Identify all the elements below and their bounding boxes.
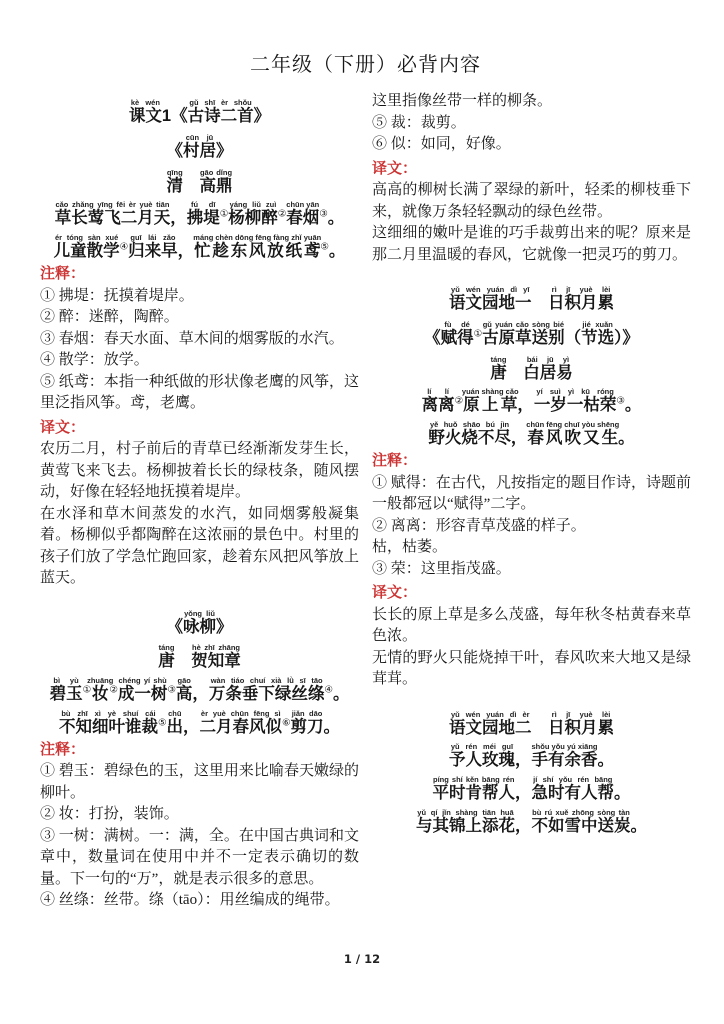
poem-line: 平时肯帮人píng shí kěn bāng rén，急时有人帮jí shí y… (372, 776, 691, 803)
section-heading: 课文kè wén1《古诗二首gǔ shī èr shǒu》 (40, 99, 359, 126)
pinyin-annotated-text: 妆zhuāng (91, 685, 109, 703)
section-heading: 语文园地二yǔ wén yuán dì èr 日积月累rì jī yuè lèi (372, 711, 691, 738)
footnote-marker: ① (220, 209, 229, 220)
pinyin-annotated-text: 平时肯帮人píng shí kěn bāng rén (433, 784, 516, 802)
note-paragraph: 这里指像丝带一样的柳条。 (372, 91, 691, 113)
pinyin-annotated-text: 古原草送别gǔ yuán cǎo sòng bié (482, 329, 565, 347)
pinyin-annotated-text: 古诗二首gǔ shī èr shǒu (188, 107, 254, 125)
note-paragraph: ③ 荣：这里指茂盛。 (372, 559, 691, 581)
pinyin-annotated-text: 剪刀jiǎn dāo (291, 718, 324, 736)
pinyin-annotated-text: 课文kè wén (129, 107, 162, 125)
section-heading: 唐táng 白居易bái jū yì (372, 356, 691, 383)
pinyin-annotated-text: 语文园地一yǔ wén yuán dì yī (449, 294, 532, 312)
section-heading: 《咏柳yǒng liǔ》 (40, 610, 359, 637)
pinyin-annotated-text: 成一树chéng yí shù (118, 685, 168, 703)
pinyin-annotated-text: 高鼎gāo dǐng (200, 177, 233, 195)
pinyin-annotated-text: 归来早guī lái zǎo (128, 242, 178, 260)
poem-line: 不知细叶谁裁bù zhī xì yè shuí cái⑤出chū，二月春风似èr… (40, 710, 359, 737)
right-column: 这里指像丝带一样的柳条。⑤ 裁：裁剪。⑥ 似：如同，好像。译文：高高的柳树长满了… (372, 91, 691, 839)
footnote-marker: ⑥ (282, 718, 291, 729)
footnote-marker: ⑤ (320, 242, 329, 253)
pinyin-annotated-text: 春风吹又生chūn fēng chuī yòu shēng (527, 429, 618, 447)
poem-line: 离离lí lí②原上草yuán shàng cǎo，一岁一枯荣yí suì yì… (372, 388, 691, 415)
pinyin-annotated-text: 原上草yuán shàng cǎo (463, 396, 517, 414)
note-paragraph: ⑤ 纸鸢：本指一种纸做的形状像老鹰的风筝，这里泛指风筝。鸢，老鹰。 (40, 372, 359, 415)
pinyin-annotated-text: 与其锦上添花yǔ qí jǐn shàng tiān huā (416, 817, 515, 835)
poem-line: 儿童散学ér tóng sàn xué④归来早guī lái zǎo，忙趁东风放… (40, 234, 359, 261)
section-label: 注释： (40, 740, 359, 762)
note-paragraph: 长长的原上草是多么茂盛，每年秋冬枯黄春来草色浓。 (372, 605, 691, 648)
footnote-marker: ④ (324, 685, 333, 696)
pinyin-annotated-text: 碧玉bì yù (50, 685, 83, 703)
pinyin-annotated-text: 一岁一枯荣yí suì yì kū róng (534, 396, 617, 414)
pinyin-annotated-text: 不如雪中送炭bù rú xuě zhōng sòng tàn (532, 817, 631, 835)
footnote-marker: ⑤ (158, 718, 167, 729)
left-column: 课文kè wén1《古诗二首gǔ shī èr shǒu》《村居cūn jū》清… (40, 91, 359, 912)
note-paragraph: ② 妆：打扮，装饰。 (40, 804, 359, 826)
section-heading: 《村居cūn jū》 (40, 134, 359, 161)
pinyin-annotated-text: 高gāo (176, 685, 193, 703)
footnote-marker: ① (474, 328, 483, 339)
pinyin-annotated-text: 出chū (167, 718, 184, 736)
section-label: 注释： (40, 264, 359, 286)
pinyin-annotated-text: 唐táng (490, 364, 507, 382)
pinyin-annotated-text: 予人玫瑰yǔ rén méi guī (449, 751, 515, 769)
pinyin-annotated-text: 春烟chūn yān (286, 209, 319, 227)
page-title: 二年级（下册）必背内容 (40, 48, 691, 77)
footnote-marker: ③ (167, 685, 176, 696)
note-paragraph: ⑥ 似：如同，好像。 (372, 134, 691, 156)
pinyin-annotated-text: 白居易bái jū yì (523, 364, 573, 382)
section-heading: 唐táng 贺知章hè zhī zhāng (40, 644, 359, 671)
pinyin-annotated-text: 语文园地二yǔ wén yuán dì èr (449, 719, 532, 737)
footnote-marker: ③ (616, 396, 625, 407)
pinyin-annotated-text: 日积月累rì jī yuè lèi (548, 719, 614, 737)
pinyin-annotated-text: 清qīng (167, 177, 184, 195)
pinyin-annotated-text: 忙趁东风放纸鸢máng chèn dōng fēng fàng zhǐ yuān (194, 242, 320, 260)
note-paragraph: 无情的野火只能烧掉干叶，春风吹来大地又是绿茸茸。 (372, 648, 691, 691)
pinyin-annotated-text: 节选jié xuǎn (581, 329, 614, 347)
note-paragraph: ⑤ 裁：裁剪。 (372, 113, 691, 135)
section-label: 译文： (372, 583, 691, 605)
pinyin-annotated-text: 离离lí lí (422, 396, 455, 414)
poem-line: 野火烧不尽yě huǒ shāo bú jìn，春风吹又生chūn fēng c… (372, 421, 691, 448)
pinyin-annotated-text: 赋得fù dé (441, 329, 474, 347)
pinyin-annotated-text: 贺知章hè zhī zhāng (191, 652, 241, 670)
note-paragraph: ② 离离：形容青草茂盛的样子。 (372, 516, 691, 538)
footnote-marker: ③ (319, 209, 328, 220)
section-label: 译文： (40, 418, 359, 440)
note-paragraph: ④ 散学：放学。 (40, 350, 359, 372)
footnote-marker: ④ (120, 242, 129, 253)
footnote-marker: ② (109, 685, 118, 696)
note-paragraph: 高高的柳树长满了翠绿的新叶，轻柔的柳枝垂下来，就像万条轻轻飘动的绿色丝带。 (372, 180, 691, 223)
content-columns: 课文kè wén1《古诗二首gǔ shī èr shǒu》《村居cūn jū》清… (40, 91, 691, 912)
note-paragraph: ① 拂堤：抚摸着堤岸。 (40, 286, 359, 308)
note-paragraph: ② 醉：迷醉，陶醉。 (40, 307, 359, 329)
pinyin-annotated-text: 急时有人帮jí shí yǒu rén bāng (532, 784, 615, 802)
note-paragraph: 枯，枯萎。 (372, 537, 691, 559)
pinyin-annotated-text: 儿童散学ér tóng sàn xué (54, 242, 120, 260)
section-label: 译文： (372, 159, 691, 181)
note-paragraph: ③ 春烟：春天水面、草木间的烟雾版的水汽。 (40, 329, 359, 351)
pinyin-annotated-text: 日积月累rì jī yuè lèi (548, 294, 614, 312)
note-paragraph: ① 碧玉：碧绿色的玉，这里用来比喻春天嫩绿的柳叶。 (40, 761, 359, 804)
pinyin-annotated-text: 拂堤fú dī (187, 209, 220, 227)
poem-line: 予人玫瑰yǔ rén méi guī，手有余香shǒu yǒu yú xiāng… (372, 743, 691, 770)
pinyin-annotated-text: 不知细叶谁裁bù zhī xì yè shuí cái (59, 718, 158, 736)
note-paragraph: ④ 丝绦：丝带。绦（tāo）：用丝编成的绳带。 (40, 890, 359, 912)
pinyin-annotated-text: 野火烧不尽yě huǒ shāo bú jìn (428, 429, 511, 447)
document-page: 二年级（下册）必背内容 课文kè wén1《古诗二首gǔ shī èr shǒu… (0, 0, 724, 912)
poem-line: 碧玉bì yù①妆zhuāng②成一树chéng yí shù③高gāo，万条垂… (40, 677, 359, 704)
pinyin-annotated-text: 咏柳yǒng liǔ (183, 618, 216, 636)
section-heading: 语文园地一yǔ wén yuán dì yī 日积月累rì jī yuè lèi (372, 286, 691, 313)
note-paragraph: 在水泽和草木间蒸发的水汽，如同烟雾般凝集着。杨柳似乎都陶醉在这浓丽的景色中。村里… (40, 504, 359, 590)
section-heading: 《赋得fù dé①古原草送别gǔ yuán cǎo sòng bié（节选jié… (372, 321, 691, 348)
pinyin-annotated-text: 手有余香shǒu yǒu yú xiāng (532, 751, 598, 769)
footnote-marker: ② (278, 209, 287, 220)
page-number: 1 / 12 (0, 952, 724, 966)
note-paragraph: ① 赋得：在古代，凡按指定的题目作诗，诗题前一般都冠以“赋得”二字。 (372, 473, 691, 516)
pinyin-annotated-text: 草长莺飞二月天cǎo zhǎng yīng fēi èr yuè tiān (55, 209, 171, 227)
section-label: 注释： (372, 451, 691, 473)
poem-line: 草长莺飞二月天cǎo zhǎng yīng fēi èr yuè tiān，拂堤… (40, 201, 359, 228)
pinyin-annotated-text: 村居cūn jū (183, 142, 216, 160)
note-paragraph: 这细细的嫩叶是谁的巧手裁剪出来的呢？原来是那二月里温暖的春风，它就像一把灵巧的剪… (372, 223, 691, 266)
section-heading: 清qīng 高鼎gāo dǐng (40, 169, 359, 196)
note-paragraph: ③ 一树：满树。一：满，全。在中国古典词和文章中，数量词在使用中并不一定表示确切… (40, 826, 359, 891)
pinyin-annotated-text: 万条垂下绿丝绦wàn tiáo chuí xià lǜ sī tāo (209, 685, 325, 703)
poem-line: 与其锦上添花yǔ qí jǐn shàng tiān huā，不如雪中送炭bù … (372, 809, 691, 836)
pinyin-annotated-text: 二月春风似èr yuè chūn fēng sì (200, 718, 283, 736)
pinyin-annotated-text: 唐táng (158, 652, 175, 670)
note-paragraph: 农历二月，村子前后的青草已经渐渐发芽生长，黄莺飞来飞去。杨柳披着长长的绿枝条，随… (40, 439, 359, 504)
pinyin-annotated-text: 杨柳醉yáng liǔ zuì (228, 209, 278, 227)
